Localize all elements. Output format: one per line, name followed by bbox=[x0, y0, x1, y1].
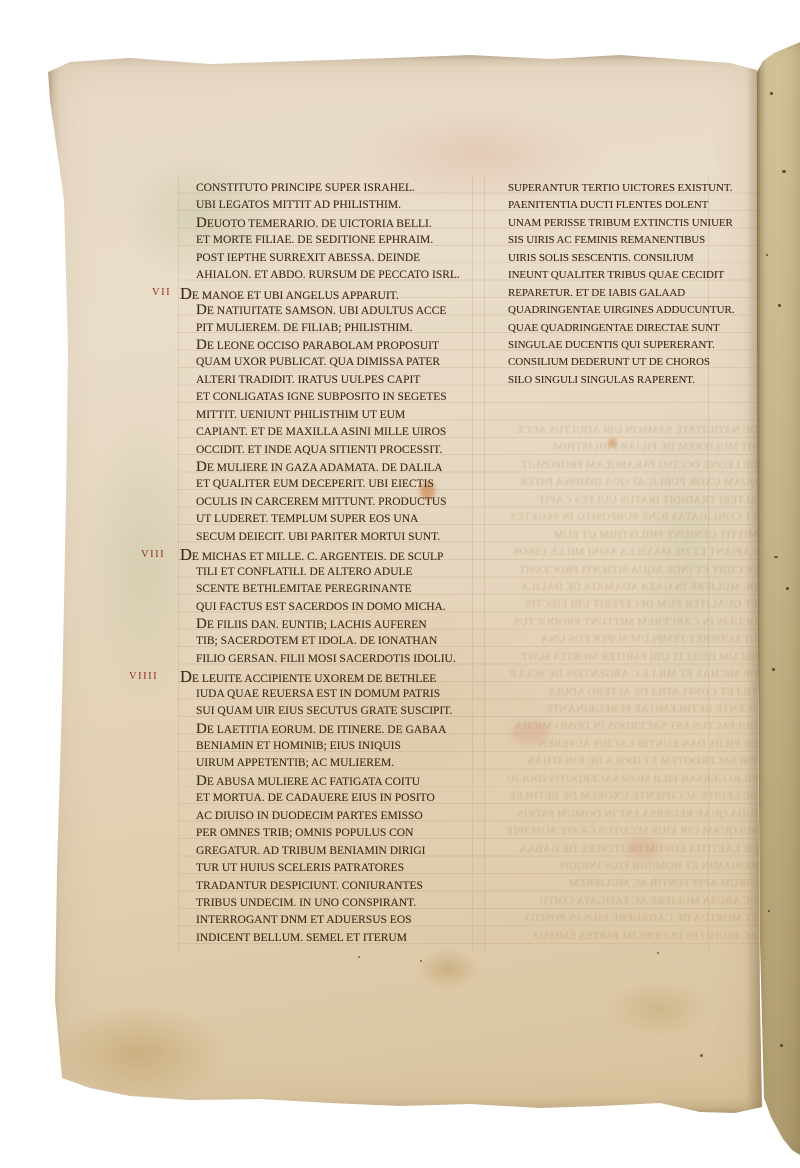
fore-edge-speck bbox=[772, 668, 775, 671]
fore-edge-speck bbox=[770, 92, 773, 95]
show-through-line: UIRUM APPETENTIB AC MULIEREM bbox=[482, 875, 758, 892]
fore-edge-speck bbox=[782, 170, 786, 173]
text-line: FILIO GERSAN. FILII MOSI SACERDOTIS IDOL… bbox=[180, 651, 480, 668]
text-line: UT LUDERET. TEMPLUM SUPER EOS UNA bbox=[180, 511, 480, 528]
text-line: ET QUALITER EUM DECEPERIT. UBI EIECTIS bbox=[180, 476, 480, 493]
text-line: DE MICHAS ET MILLE. C. ARGENTEIS. DE SCU… bbox=[180, 546, 480, 563]
text-line: TIB; SACERDOTEM ET IDOLA. DE IONATHAN bbox=[180, 633, 480, 650]
text-line: MITTIT. UENIUNT PHILISTHIM UT EUM bbox=[180, 407, 480, 424]
show-through-line: TIB SACERDOTEM ET IDOLA DE IONATHAN bbox=[482, 753, 758, 770]
fore-edge-speck bbox=[768, 910, 770, 912]
text-line: CONSTITUTO PRINCIPE SUPER ISRAHEL. bbox=[180, 180, 480, 197]
show-through-line: DE MULIERE IN GAZA ADAMATA DE DALILA bbox=[482, 579, 758, 596]
fore-edge-of-leaves bbox=[756, 42, 800, 1155]
text-line: UNAM PERISSE TRIBUM EXTINCTIS UNIUER bbox=[492, 215, 762, 232]
text-line: ET MORTUA. DE CADAUERE EIUS IN POSITO bbox=[180, 790, 480, 807]
text-line: UIRIS SOLIS SESCENTIS. CONSILIUM bbox=[492, 250, 762, 267]
text-line: QUADRINGENTAE UIRGINES ADDUCUNTUR. bbox=[492, 302, 762, 319]
text-line: TILI ET CONFLATILI. DE ALTERO ADULE bbox=[180, 564, 480, 581]
show-through-line: QUI FACTUS EST SACERDOS IN DOMO MICHA bbox=[482, 718, 758, 735]
chapter-numeral-viiii: VIIII bbox=[129, 668, 158, 685]
text-line: ET CONLIGATAS IGNE SUBPOSITO IN SEGETES bbox=[180, 389, 480, 406]
show-through-line: SUI QUAM UIR EIUS SECUTUS GRATE SUSCIPIT bbox=[482, 823, 758, 840]
text-line: INDICENT BELLUM. SEMEL ET ITERUM bbox=[180, 930, 480, 947]
text-line: OCCIDIT. ET INDE AQUA SITIENTI PROCESSIT… bbox=[180, 442, 480, 459]
show-through-line: DE LEONE OCCISO PARABOLAM PROPOSUIT bbox=[482, 457, 758, 474]
text-line: SUPERANTUR TERTIO UICTORES EXISTUNT. bbox=[492, 180, 762, 197]
text-line: SCENTE BETHLEMITAE PEREGRINANTE bbox=[180, 581, 480, 598]
fore-edge-speck bbox=[778, 304, 781, 307]
left-column: CONSTITUTO PRINCIPE SUPER ISRAHEL.UBI LE… bbox=[180, 180, 480, 947]
show-through-line: SECUM DEIECIT UBI PARITER MORTUI SUNT bbox=[482, 649, 758, 666]
text-line: DEUOTO TEMERARIO. DE UICTORIA BELLI. bbox=[180, 215, 480, 232]
show-through-line: IUDA QUAE REUERSA EST IN DOMUM PATRIS bbox=[482, 806, 758, 823]
text-line: DE LAETITIA EORUM. DE ITINERE. DE GABAA bbox=[180, 721, 480, 738]
text-line: INTERROGANT DNM ET ADUERSUS EOS bbox=[180, 912, 480, 929]
ink-speck bbox=[657, 952, 659, 954]
fore-edge-speck bbox=[766, 254, 768, 256]
text-line: QUAM UXOR PUBLICAT. QUA DIMISSA PATER bbox=[180, 354, 480, 371]
text-line: IUDA QUAE REUERSA EST IN DOMUM PATRIS bbox=[180, 686, 480, 703]
show-through-line: AC DIUISO IN DUODECIM PARTES EMISSO bbox=[482, 928, 758, 945]
show-through-line: PIT MULIEREM DE FILIAB PHILISTHIM bbox=[482, 439, 758, 456]
text-line: AHIALON. ET ABDO. RURSUM DE PECCATO ISRL… bbox=[180, 267, 480, 284]
fore-edge-speck bbox=[774, 556, 778, 558]
parchment-page: DE NATIUITATE SAMSON UBI ADULTUS ACCEPIT… bbox=[48, 54, 762, 1116]
text-line: DE LEUITE ACCIPIENTE UXOREM DE BETHLEE bbox=[180, 668, 480, 685]
text-line: INEUNT QUALITER TRIBUS QUAE CECIDIT bbox=[492, 267, 762, 284]
text-line: CONSILIUM DEDERUNT UT DE CHOROS bbox=[492, 354, 762, 371]
text-line: TUR UT HUIUS SCELERIS PATRATORES bbox=[180, 860, 480, 877]
show-through-line: OCULIS IN CARCEREM MITTUNT PRODUCTUS bbox=[482, 614, 758, 631]
ink-speck bbox=[700, 1054, 703, 1057]
text-line: TRADANTUR DESPICIUNT. CONIURANTES bbox=[180, 878, 480, 895]
text-line: CAPIANT. ET DE MAXILLA ASINI MILLE UIROS bbox=[180, 424, 480, 441]
text-line: POST IEPTHE SURREXIT ABESSA. DEINDE bbox=[180, 250, 480, 267]
text-line: DE MULIERE IN GAZA ADAMATA. DE DALILA bbox=[180, 459, 480, 476]
fore-edge-speck bbox=[780, 1044, 783, 1047]
text-line: DE ABUSA MULIERE AC FATIGATA COITU bbox=[180, 773, 480, 790]
text-line: SINGULAE DUCENTIS QUI SUPERERANT. bbox=[492, 337, 762, 354]
show-through-line: OCCIDIT ET INDE AQUA SITIENTI PROCESSIT bbox=[482, 562, 758, 579]
show-through-line: SCENTE BETHLEMITAE PEREGRINANTE bbox=[482, 701, 758, 718]
text-line: QUI FACTUS EST SACERDOS IN DOMO MICHA. bbox=[180, 599, 480, 616]
ink-speck bbox=[358, 956, 360, 958]
text-line: BENIAMIN ET HOMINIB; EIUS INIQUIS bbox=[180, 738, 480, 755]
manuscript-photo: DE NATIUITATE SAMSON UBI ADULTUS ACCEPIT… bbox=[0, 0, 800, 1168]
show-through-line: DE FILIIS DAN EUNTIB LACHIS AUFEREN bbox=[482, 736, 758, 753]
rust-stain bbox=[608, 438, 617, 447]
text-line: DE LEONE OCCISO PARABOLAM PROPOSUIT bbox=[180, 337, 480, 354]
show-through-line: UT LUDERET TEMPLUM SUPER EOS UNA bbox=[482, 631, 758, 648]
text-line: ALTERI TRADIDIT. IRATUS UULPES CAPIT bbox=[180, 372, 480, 389]
show-through-line: DE NATIUITATE SAMSON UBI ADULTUS ACCE bbox=[482, 422, 758, 439]
text-line: PAENITENTIA DUCTI FLENTES DOLENT bbox=[492, 197, 762, 214]
text-line: SILO SINGULI SINGULAS RAPERENT. bbox=[492, 372, 762, 389]
text-line: SECUM DEIECIT. UBI PARITER MORTUI SUNT. bbox=[180, 529, 480, 546]
text-line: DE NATIUITATE SAMSON. UBI ADULTUS ACCE bbox=[180, 302, 480, 319]
show-through-line: DE ABUSA MULIERE AC FATIGATA COITU bbox=[482, 893, 758, 910]
show-through-line: FILIO GERSAN FILII MOSI SACERDOTIS IDOLI… bbox=[482, 771, 758, 788]
text-line: REPARETUR. ET DE IABIS GALAAD bbox=[492, 285, 762, 302]
text-line: PIT MULIEREM. DE FILIAB; PHILISTHIM. bbox=[180, 320, 480, 337]
text-line: QUAE QUADRINGENTAE DIRECTAE SUNT bbox=[492, 320, 762, 337]
show-through-line: DE LEUITE ACCIPIENTE UXOREM DE BETHLEE bbox=[482, 788, 758, 805]
show-through-line: DE LAETITIA EORUM DE ITINERE DE GABAA bbox=[482, 841, 758, 858]
text-line: PER OMNES TRIB; OMNIS POPULUS CON bbox=[180, 825, 480, 842]
pink-stain bbox=[510, 722, 550, 744]
ink-speck bbox=[420, 960, 422, 962]
text-line: SIS UIRIS AC FEMINIS REMANENTIBUS bbox=[492, 232, 762, 249]
show-through-line: CAPIANT ET DE MAXILLA ASINI MILLE UIROS bbox=[482, 544, 758, 561]
text-line: ET MORTE FILIAE. DE SEDITIONE EPHRAIM. bbox=[180, 232, 480, 249]
text-line: UBI LEGATOS MITTIT AD PHILISTHIM. bbox=[180, 197, 480, 214]
fore-edge-speck bbox=[786, 587, 789, 590]
vertical-ruling bbox=[178, 176, 179, 952]
show-through-line: ALTERI TRADIDIT IRATUS UULPES CAPIT bbox=[482, 492, 758, 509]
text-line: OCULIS IN CARCEREM MITTUNT. PRODUCTUS bbox=[180, 494, 480, 511]
show-through-line: DE MICHAS ET MILLE C ARGENTEIS DE SCULP bbox=[482, 666, 758, 683]
chapter-numeral-viii: VIII bbox=[141, 546, 165, 563]
show-through-line: ET QUALITER EUM DECEPERIT UBI EIECTIS bbox=[482, 596, 758, 613]
show-through-line: MITTIT UENIUNT PHILISTHIM UT EUM bbox=[482, 527, 758, 544]
verso-show-through: DE NATIUITATE SAMSON UBI ADULTUS ACCEPIT… bbox=[482, 422, 758, 945]
text-line: DE MANOE ET UBI ANGELUS APPARUIT. bbox=[180, 285, 480, 302]
pink-stain bbox=[626, 838, 660, 858]
text-line: UIRUM APPETENTIB; AC MULIEREM. bbox=[180, 755, 480, 772]
text-line: SUI QUAM UIR EIUS SECUTUS GRATE SUSCIPIT… bbox=[180, 703, 480, 720]
right-column: SUPERANTUR TERTIO UICTORES EXISTUNT.PAEN… bbox=[492, 180, 762, 389]
show-through-line: ET MORTUA DE CADAUERE EIUS IN POSITO bbox=[482, 910, 758, 927]
text-line: TRIBUS UNDECIM. IN UNO CONSPIRANT. bbox=[180, 895, 480, 912]
text-line: GREGATUR. AD TRIBUM BENIAMIN DIRIGI bbox=[180, 843, 480, 860]
show-through-line: QUAM UXOR PUBLICAT QUA DIMISSA PATER bbox=[482, 474, 758, 491]
text-line: AC DIUISO IN DUODECIM PARTES EMISSO bbox=[180, 808, 480, 825]
show-through-line: BENIAMIN ET HOMINIB EIUS INIQUIS bbox=[482, 858, 758, 875]
show-through-line: ET CONLIGATAS IGNE SUBPOSITO IN SEGETES bbox=[482, 509, 758, 526]
show-through-line: TILI ET CONFLATILI DE ALTERO ADULE bbox=[482, 684, 758, 701]
text-line: DE FILIIS DAN. EUNTIB; LACHIS AUFEREN bbox=[180, 616, 480, 633]
vertical-ruling bbox=[484, 176, 485, 952]
chapter-numeral-vii: VII bbox=[152, 284, 171, 301]
